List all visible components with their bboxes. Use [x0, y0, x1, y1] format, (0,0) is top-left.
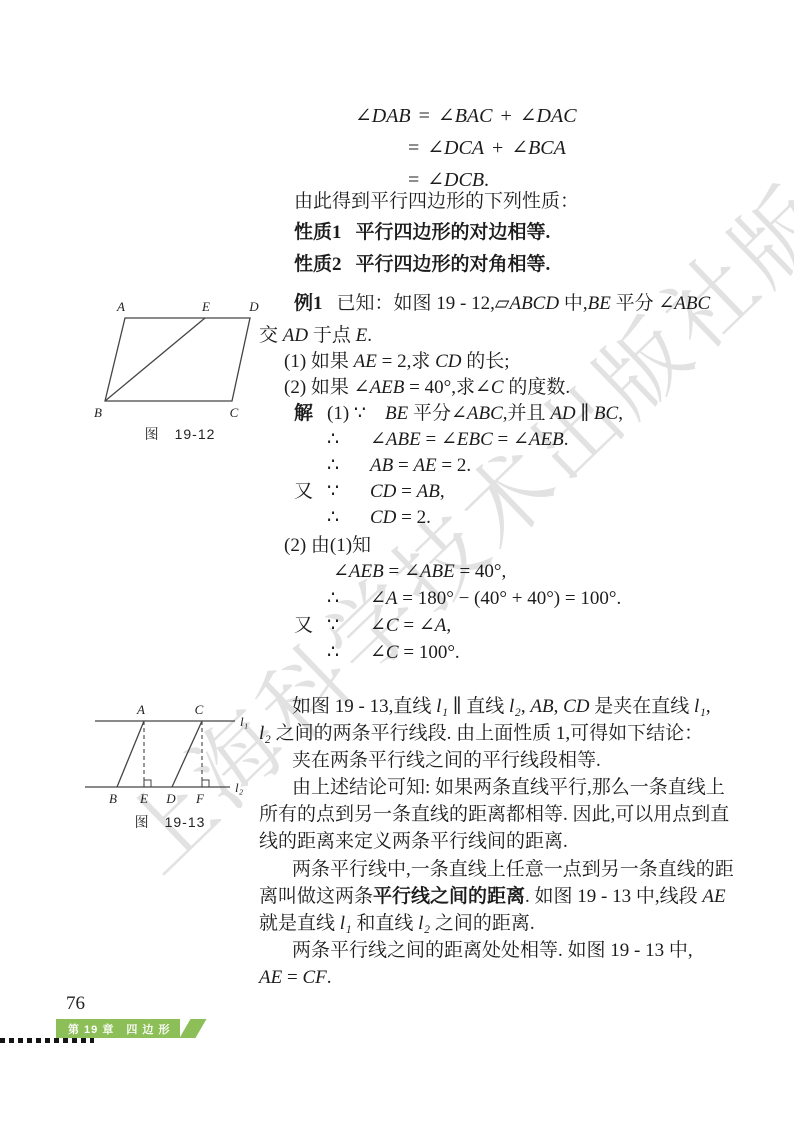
point-label-C: C: [195, 702, 204, 717]
example-item-2: (2) 如果 ∠AEB = 40°,求∠C 的度数.: [284, 376, 570, 400]
property-1-label: 性质1: [294, 222, 342, 243]
equation-line-3: = ∠DCB.: [408, 168, 489, 192]
therefore-symbol: ∴: [327, 454, 370, 478]
example-intro-line-1: 例1已知：如图 19 - 12,▱ABCD 中,BE 平分 ∠ABC: [294, 292, 710, 316]
property-2: 性质2平行四边形的对角相等.: [294, 253, 550, 277]
paragraph-line: 两条平行线之间的距离处处相等. 如图 19 - 13 中,: [292, 939, 693, 963]
figure-19-12: A E D B C: [85, 295, 275, 445]
solution-part2-first: ∠AEB = ∠ABE = 40°,: [333, 560, 506, 584]
paragraph-line: 就是直线 l₁ 和直线 l₂ 之间的距离.: [259, 912, 535, 936]
therefore-symbol: ∴: [327, 428, 370, 452]
paragraph-line: 线的距离来定义两条平行线间的距离.: [259, 830, 568, 854]
point-label-D: D: [165, 791, 176, 806]
segment-BE: [105, 318, 205, 401]
solution-part2-intro: (2) 由(1)知: [284, 534, 371, 558]
chapter-banner-tip: [180, 1019, 207, 1038]
paragraph-line: AE = CF.: [259, 966, 331, 990]
right-angle-mark-F: [202, 780, 209, 787]
solution-expression: AB = AE = 2.: [370, 454, 471, 478]
property-2-text: 平行四边形的对角相等.: [356, 254, 551, 275]
solution-expression: CD = AB,: [370, 480, 445, 504]
solution-expression: ∠C = 100°.: [370, 641, 460, 665]
paragraph-line: 两条平行线中,一条直线上任意一点到另一条直线的距: [292, 858, 734, 882]
paragraph-line: l₂ 之间的两条平行线段. 由上面性质 1,可得如下结论：: [259, 722, 703, 746]
solution-first-text: (1) ∵ BE 平分∠ABC,并且 AD ∥ BC,: [327, 403, 623, 424]
solution-line: ∴CD = 2.: [294, 506, 431, 530]
solution-pre: [294, 454, 327, 478]
page-content: ∠DAB = ∠BAC + ∠DAC = ∠DCA + ∠BCA = ∠DCB.…: [0, 0, 794, 1123]
property-1: 性质1平行四边形的对边相等.: [294, 221, 550, 245]
right-angle-mark-E: [144, 780, 151, 787]
paragraph-line-with-term: 离叫做这两条平行线之间的距离. 如图 19 - 13 中,线段 AE: [259, 885, 726, 909]
solution-first-line: 解(1) ∵ BE 平分∠ABC,并且 AD ∥ BC,: [294, 402, 623, 426]
page-number: 76: [66, 993, 85, 1015]
point-label-A: A: [136, 702, 145, 717]
property-1-text: 平行四边形的对边相等.: [356, 222, 551, 243]
term-bold: 平行线之间的距离: [373, 886, 525, 907]
point-label-F: F: [195, 791, 205, 806]
solution-pre: [294, 506, 327, 530]
example-intro-line-2: 交 AD 于点 E.: [259, 324, 372, 348]
therefore-symbol: ∴: [327, 587, 370, 611]
parallelogram-ABCD: [105, 318, 250, 401]
solution-line: 又∵CD = AB,: [294, 480, 445, 504]
point-label-B: B: [109, 791, 117, 806]
figure-19-12-caption: 图 19-12: [85, 424, 275, 444]
term-post: . 如图 19 - 13 中,线段 AE: [525, 886, 726, 907]
solution-expression: ∠ABE = ∠EBC = ∠AEB.: [370, 428, 569, 452]
figure-19-13-caption: 图 19-13: [70, 812, 270, 832]
chapter-banner: 第 19 章 四 边 形: [56, 1019, 201, 1038]
solution-expression: ∠C = ∠A,: [370, 614, 451, 638]
paragraph-line: 由上述结论可知: 如果两条直线平行,那么一条直线上: [292, 776, 725, 800]
solution-expression: ∠A = 180° − (40° + 40°) = 100°.: [370, 587, 621, 611]
therefore-symbol: ∴: [327, 641, 370, 665]
chapter-banner-text: 第 19 章 四 边 形: [56, 1019, 180, 1038]
vertex-label-D: D: [248, 299, 259, 314]
line-label-l2: l₂: [235, 780, 244, 795]
solution-line: ∴∠C = 100°.: [294, 641, 460, 665]
solution-line: ∴∠A = 180° − (40° + 40°) = 100°.: [294, 587, 621, 611]
segment-DC: [172, 721, 202, 787]
properties-intro: 由此得到平行四边形的下列性质：: [294, 190, 579, 214]
paragraph-line: 所有的点到另一条直线的距离都相等. 因此,可以用点到直: [259, 803, 729, 827]
textbook-page: 上海科学技术出版社版权所有 ∠DAB = ∠BAC + ∠DAC = ∠DCA …: [0, 0, 794, 1123]
term-pre: 离叫做这两条: [259, 886, 373, 907]
vertex-label-A: A: [116, 299, 125, 314]
solution-label: 解: [294, 403, 313, 424]
equation-line-2: = ∠DCA + ∠BCA: [408, 136, 566, 160]
solution-pre: 又: [294, 614, 327, 638]
segment-BA: [117, 721, 144, 787]
example-intro-text: 已知：如图 19 - 12,▱ABCD 中,BE 平分 ∠ABC: [337, 293, 711, 314]
example-item-1: (1) 如果 AE = 2,求 CD 的长;: [284, 350, 510, 374]
therefore-symbol: ∴: [327, 506, 370, 530]
because-symbol: ∵: [327, 614, 370, 638]
paragraph-line: 如图 19 - 13,直线 l₁ ∥ 直线 l₂, AB, CD 是夹在直线 l…: [292, 695, 711, 719]
footer-dotted-line: [0, 1038, 94, 1043]
vertex-label-C: C: [230, 405, 239, 420]
equation-line-1: ∠DAB = ∠BAC + ∠DAC: [355, 104, 577, 128]
line-label-l1: l₁: [240, 714, 248, 729]
vertex-label-E: E: [201, 299, 210, 314]
figure-19-13: A C B E D F l₁ l₂: [60, 700, 270, 812]
solution-line: ∴∠ABE = ∠EBC = ∠AEB.: [294, 428, 569, 452]
solution-line: 又∵∠C = ∠A,: [294, 614, 451, 638]
solution-line: ∴AB = AE = 2.: [294, 454, 471, 478]
because-symbol: ∵: [327, 480, 370, 504]
solution-pre: [294, 428, 327, 452]
property-2-label: 性质2: [294, 254, 342, 275]
solution-pre: [294, 587, 327, 611]
vertex-label-B: B: [94, 405, 102, 420]
solution-pre: 又: [294, 480, 327, 504]
conclusion-line: 夹在两条平行线之间的平行线段相等.: [292, 749, 601, 773]
solution-expression: CD = 2.: [370, 506, 431, 530]
solution-pre: [294, 641, 327, 665]
example-label: 例1: [294, 293, 323, 314]
point-label-E: E: [139, 791, 148, 806]
